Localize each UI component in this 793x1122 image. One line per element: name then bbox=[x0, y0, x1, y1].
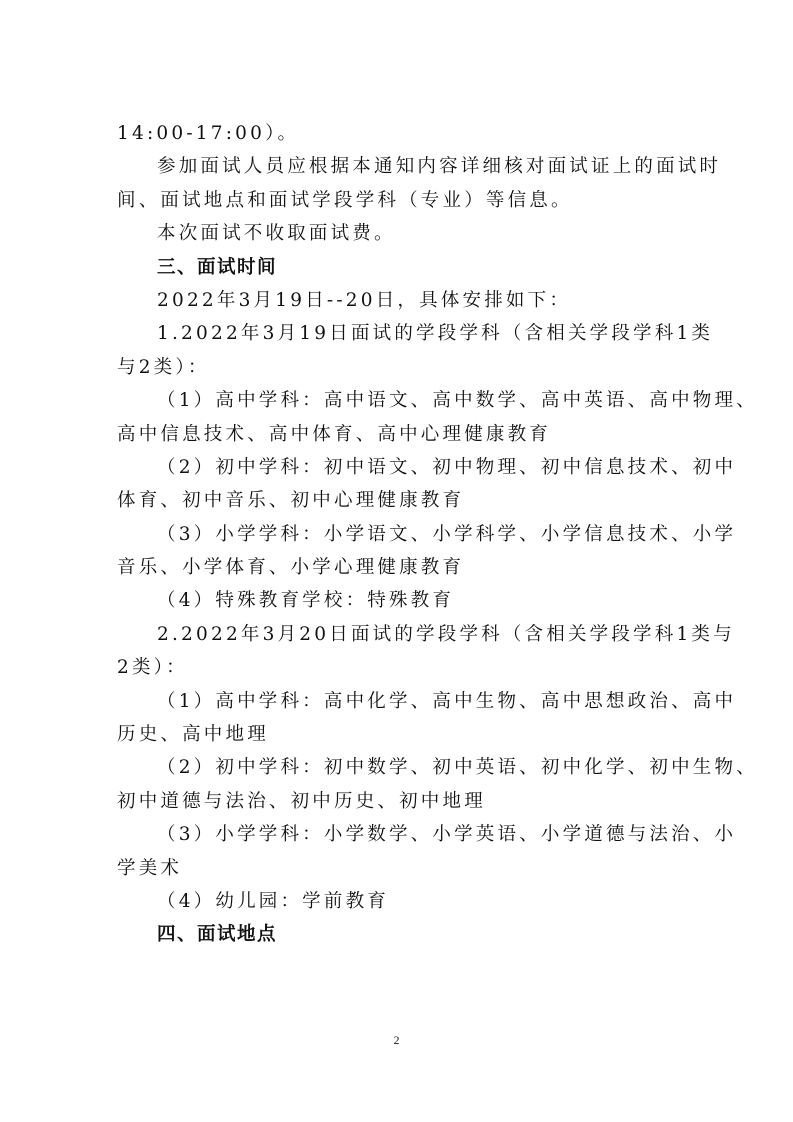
text-line: （1）高中学科：高中语文、高中数学、高中英语、高中物理、 bbox=[117, 384, 680, 417]
section-heading-interview-location: 四、面试地点 bbox=[117, 918, 680, 951]
text-line: （4）特殊教育学校：特殊教育 bbox=[117, 584, 680, 617]
text-line: 学美术 bbox=[117, 852, 680, 885]
text-line: （2）初中学科：初中语文、初中物理、初中信息技术、初中 bbox=[117, 451, 680, 484]
text-line: 14:00-17:00）。 bbox=[117, 117, 680, 150]
text-line: 间、面试地点和面试学段学科（专业）等信息。 bbox=[117, 184, 680, 217]
text-line: 2.2022年3月20日面试的学段学科（含相关学段学科1类与 bbox=[117, 618, 680, 651]
text-line: （4）幼儿园：学前教育 bbox=[117, 885, 680, 918]
text-line: 本次面试不收取面试费。 bbox=[117, 217, 680, 250]
text-line: 与2类）： bbox=[117, 351, 680, 384]
text-line: 1.2022年3月19日面试的学段学科（含相关学段学科1类 bbox=[117, 317, 680, 350]
text-line: （1）高中学科：高中化学、高中生物、高中思想政治、高中 bbox=[117, 685, 680, 718]
text-line: 音乐、小学体育、小学心理健康教育 bbox=[117, 551, 680, 584]
text-line: 体育、初中音乐、初中心理健康教育 bbox=[117, 484, 680, 517]
text-line: 初中道德与法治、初中历史、初中地理 bbox=[117, 785, 680, 818]
text-line: 2类）： bbox=[117, 651, 680, 684]
text-line: 2022年3月19日--20日，具体安排如下： bbox=[117, 284, 680, 317]
text-line: （2）初中学科：初中数学、初中英语、初中化学、初中生物、 bbox=[117, 751, 680, 784]
text-line: 历史、高中地理 bbox=[117, 718, 680, 751]
section-heading-interview-time: 三、面试时间 bbox=[117, 251, 680, 284]
text-line: 高中信息技术、高中体育、高中心理健康教育 bbox=[117, 418, 680, 451]
document-body: 14:00-17:00）。 参加面试人员应根据本通知内容详细核对面试证上的面试时… bbox=[117, 117, 680, 952]
text-line: （3）小学学科：小学数学、小学英语、小学道德与法治、小 bbox=[117, 818, 680, 851]
text-line: 参加面试人员应根据本通知内容详细核对面试证上的面试时 bbox=[117, 150, 680, 183]
text-line: （3）小学学科：小学语文、小学科学、小学信息技术、小学 bbox=[117, 518, 680, 551]
page-number: 2 bbox=[0, 1033, 793, 1048]
